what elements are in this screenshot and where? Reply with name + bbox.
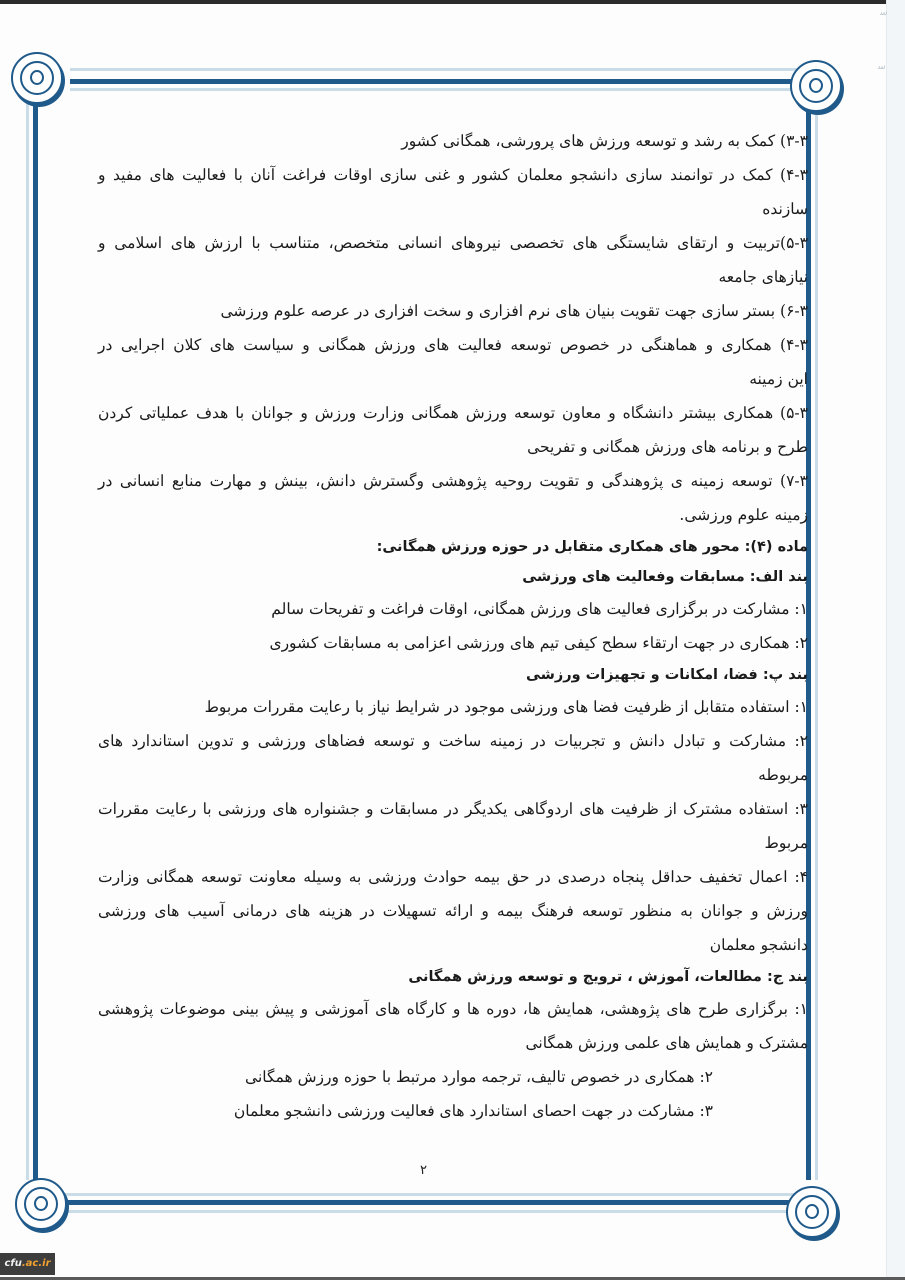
frame-right-outer [815, 100, 818, 1180]
watermark-prefix: cfu [4, 1258, 21, 1269]
text-line: ۷-۳) توسعه زمینه ی پژوهندگی و تقویت روحی… [98, 464, 808, 498]
text-line: ورزش و جوانان به منظور توسعه فرهنگ بیمه … [98, 894, 808, 928]
text-line: زمینه علوم ورزشی. [98, 498, 808, 532]
document-body: ۳-۳) کمک به رشد و توسعه ورزش های پرورشی،… [98, 124, 808, 1128]
text-line: ۱: برگزاری طرح های پژوهشی، همایش ها، دور… [98, 992, 808, 1026]
text-line: طرح و برنامه های ورزش همگانی و تفریحی [98, 430, 808, 464]
margin-mark: ﺳ [878, 62, 886, 72]
corner-ornament-top-right [790, 60, 842, 112]
scan-right-edge [886, 0, 905, 1280]
text-line: سازنده [98, 192, 808, 226]
text-line: مشترک و همایش های علمی ورزش همگانی [98, 1026, 808, 1060]
text-line: ۵-۳)تربیت و ارتقای شایستگی های تخصصی نیر… [98, 226, 808, 260]
text-line: ۲: همکاری در خصوص تالیف، ترجمه موارد مرت… [98, 1060, 808, 1094]
text-line: ۵-۳) همکاری بیشتر دانشگاه و معاون توسعه … [98, 396, 808, 430]
frame-bottom-inner [60, 1210, 805, 1213]
text-line: ۴-۳) همکاری و هماهنگی در خصوص توسعه فعال… [98, 328, 808, 362]
text-line: مربوط [98, 826, 808, 860]
text-line: ۱: مشارکت در برگزاری فعالیت های ورزش همگ… [98, 592, 808, 626]
text-line: نیازهای جامعه [98, 260, 808, 294]
text-line: ۱: استفاده متقابل از ظرفیت فضا های ورزشی… [98, 690, 808, 724]
frame-top-inner [70, 88, 825, 91]
section-heading: بند ج: مطالعات، آموزش ، ترویج و توسعه ور… [98, 962, 808, 992]
watermark-suffix: .ac.ir [22, 1258, 51, 1269]
frame-left-outer [26, 100, 29, 1180]
page-number: ۲ [420, 1163, 427, 1178]
frame-bottom-main [60, 1200, 805, 1205]
article-heading: ماده (۴): محور های همکاری متقابل در حوزه… [98, 532, 808, 562]
text-line: مربوطه [98, 758, 808, 792]
section-heading: بند پ: فضا، امکانات و تجهیزات ورزشی [98, 660, 808, 690]
frame-bottom-outer [60, 1193, 805, 1196]
text-line: ۴: اعمال تخفیف حداقل پنجاه درصدی در حق ب… [98, 860, 808, 894]
corner-ornament-top-left [11, 52, 63, 104]
section-heading: بند الف: مسابقات وفعالیت های ورزشی [98, 562, 808, 592]
site-watermark: cfu.ac.ir [0, 1253, 55, 1275]
text-line: ۴-۳) کمک در توانمند سازی دانشجو معلمان ک… [98, 158, 808, 192]
text-line: ۲: مشارکت و تبادل دانش و تجربیات در زمین… [98, 724, 808, 758]
frame-top-outer [70, 68, 825, 71]
text-line: ۳: مشارکت در جهت احصای استاندارد های فعا… [98, 1094, 808, 1128]
text-line: این زمینه [98, 362, 808, 396]
corner-ornament-bottom-right [786, 1186, 838, 1238]
text-line: ۳-۳) کمک به رشد و توسعه ورزش های پرورشی،… [98, 124, 808, 158]
corner-ornament-bottom-left [15, 1178, 67, 1230]
text-line: ۶-۳) بستر سازی جهت تقویت بنیان های نرم ا… [98, 294, 808, 328]
text-line: دانشجو معلمان [98, 928, 808, 962]
text-line: ۲: همکاری در جهت ارتقاء سطح کیفی تیم های… [98, 626, 808, 660]
frame-top-main [70, 79, 825, 84]
text-line: ۳: استفاده مشترک از ظرفیت های اردوگاهی ی… [98, 792, 808, 826]
margin-mark: ﺳ [880, 8, 888, 18]
frame-left-main [33, 100, 38, 1180]
scan-top-edge [0, 0, 905, 4]
